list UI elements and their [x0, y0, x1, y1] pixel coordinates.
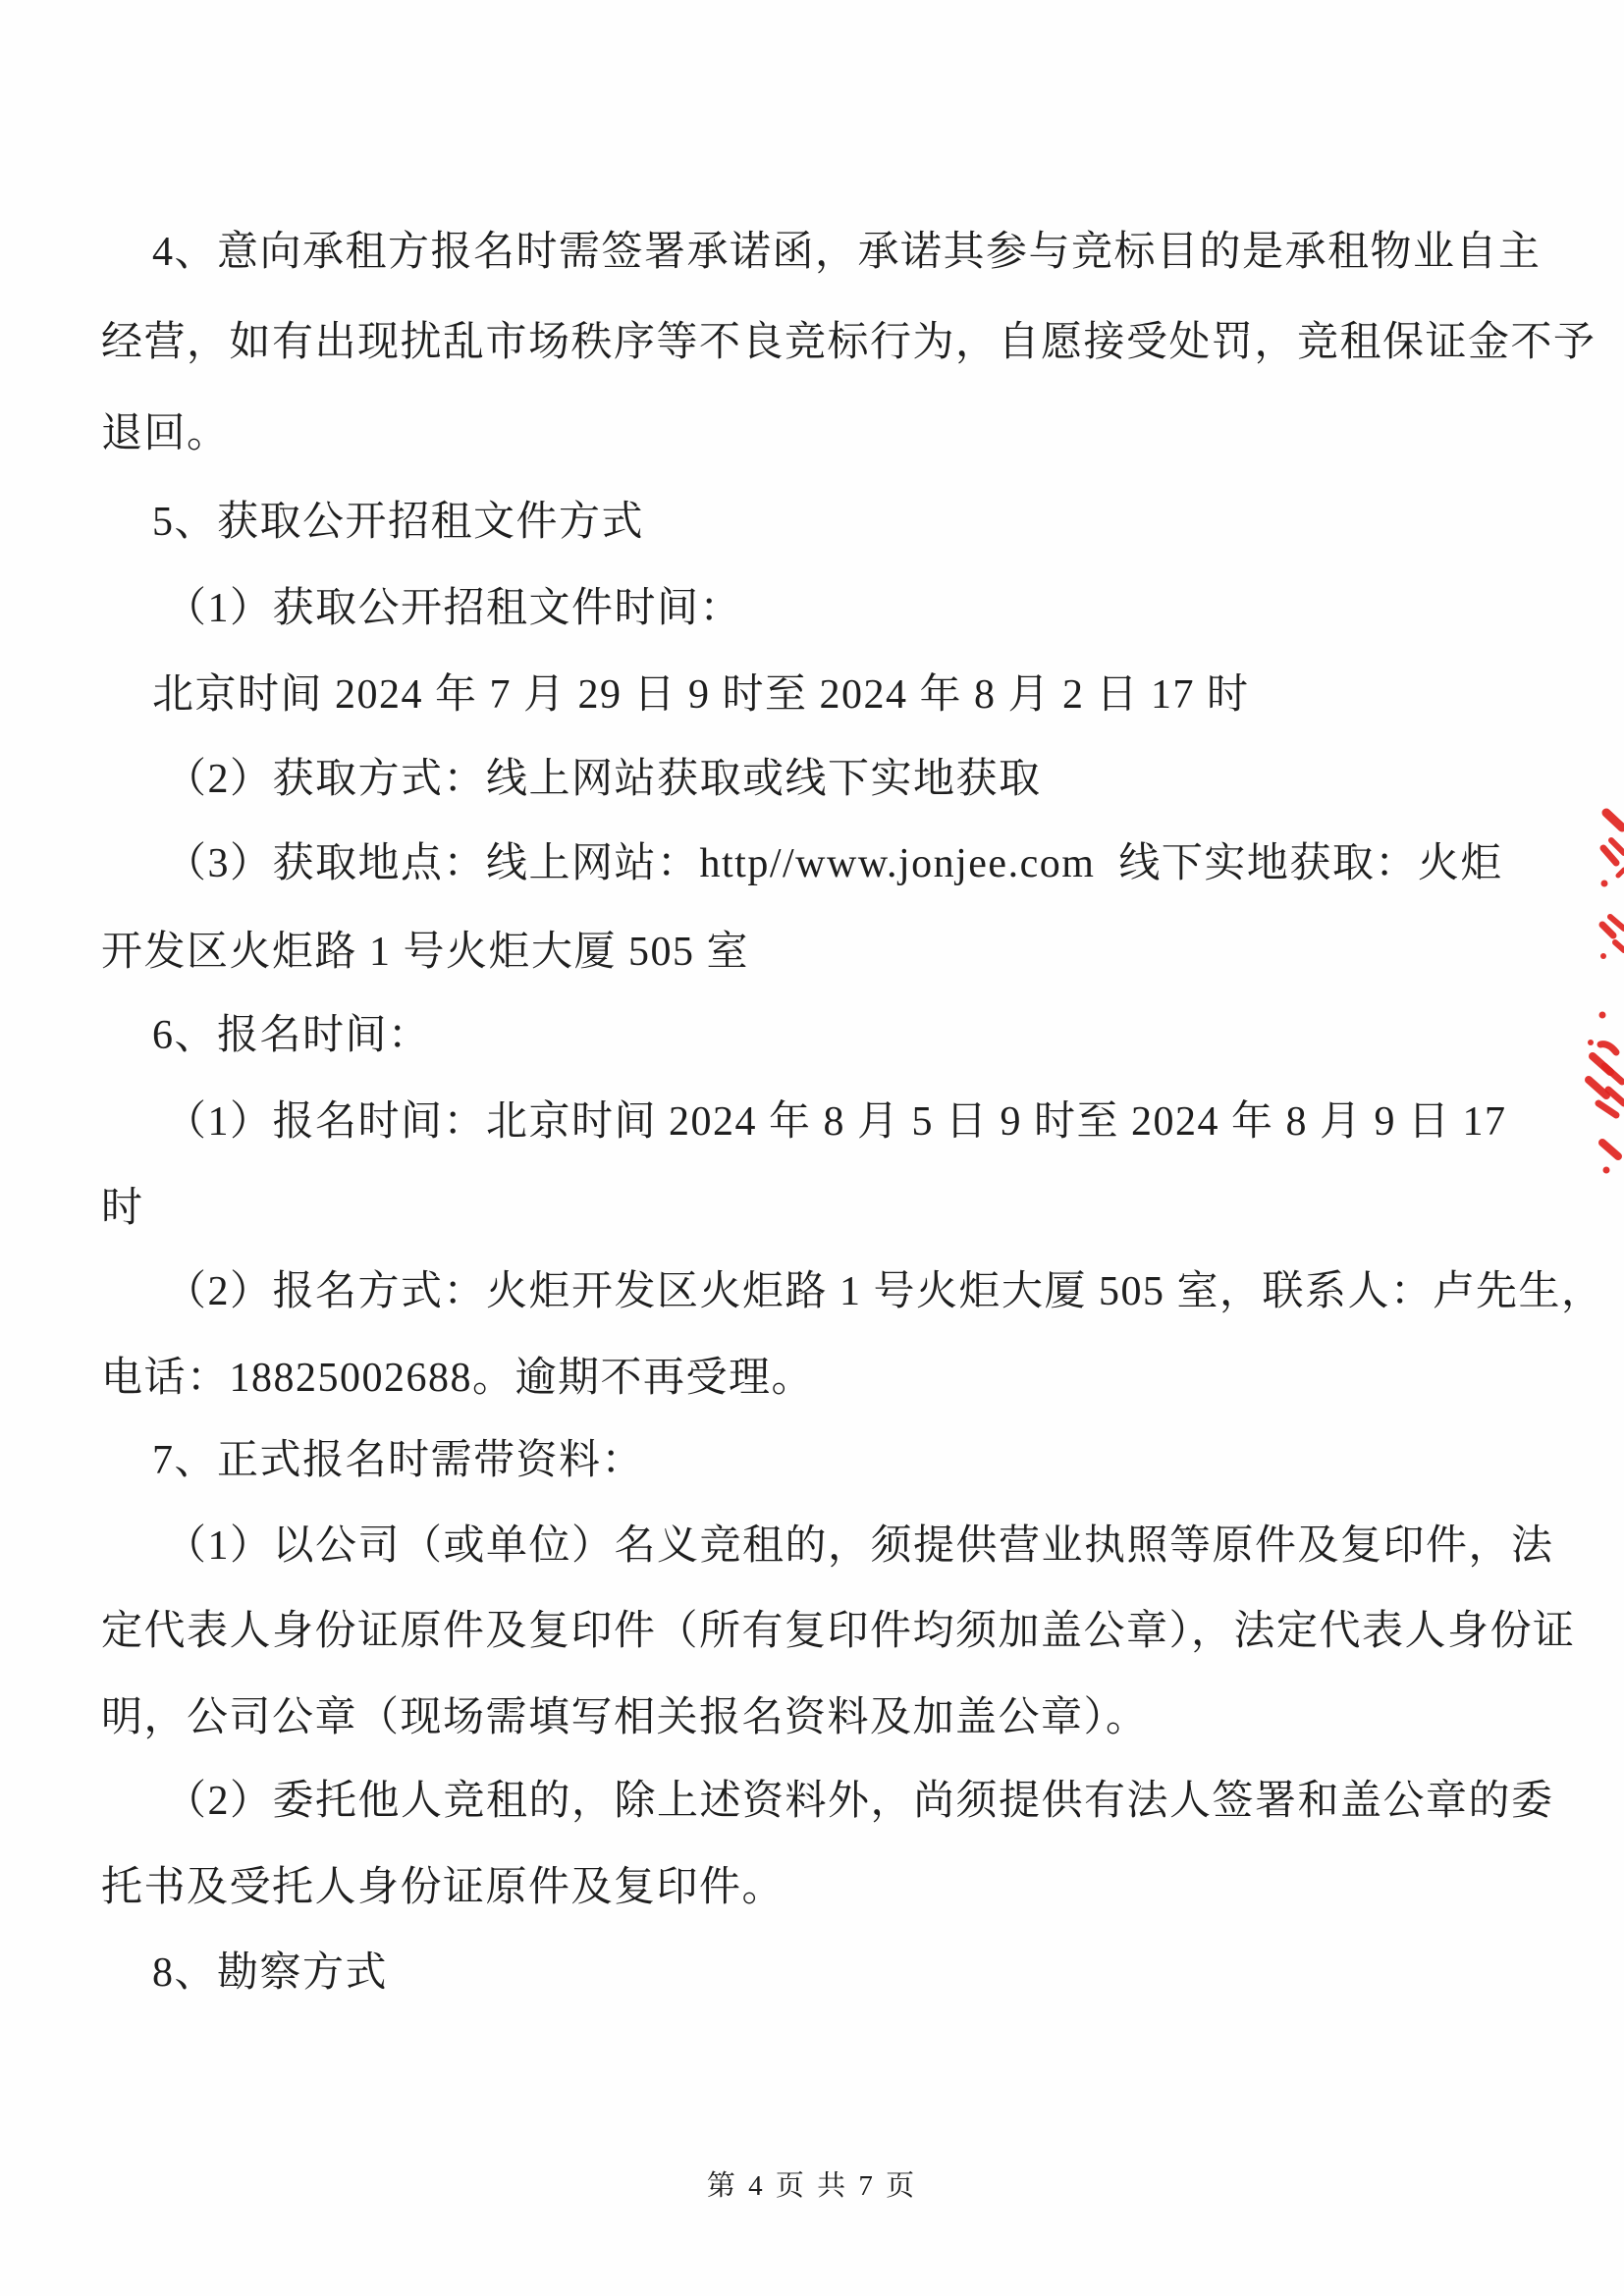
document-line: 电话：18825002688。逾期不再受理。 [101, 1355, 814, 1402]
document-line: 定代表人身份证原件及复印件（所有复印件均须加盖公章），法定代表人身份证 [101, 1608, 1576, 1655]
document-line: （2）委托他人竞租的，除上述资料外，尚须提供有法人签署和盖公章的委 [165, 1778, 1554, 1825]
document-line: （3）获取地点：线上网站：http//www.jonjee.com 线下实地获取… [165, 840, 1503, 887]
document-line: 经营，如有出现扰乱市场秩序等不良竞标行为，自愿接受处罚，竞租保证金不予 [101, 319, 1597, 366]
document-line: （2）获取方式：线上网站获取或线下实地获取 [165, 756, 1042, 803]
document-line: 8、勘察方式 [152, 1949, 388, 1997]
document-line: （1）报名时间：北京时间 2024 年 8 月 5 日 9 时至 2024 年 … [165, 1098, 1507, 1146]
document-line: （1）获取公开招租文件时间： [165, 585, 742, 632]
document-line: 7、正式报名时需带资料： [152, 1437, 644, 1484]
document-line: 北京时间 2024 年 7 月 29 日 9 时至 2024 年 8 月 2 日… [152, 671, 1250, 719]
red-ink-marks [1579, 797, 1624, 1185]
document-line: 托书及受托人身份证原件及复印件。 [101, 1864, 785, 1911]
document-line: 退回。 [101, 410, 230, 457]
page-number: 第 4 页 共 7 页 [0, 2163, 1624, 2204]
document-line: 时 [101, 1185, 144, 1232]
document-line: （2）报名方式：火炬开发区火炬路 1 号火炬大厦 505 室，联系人：卢先生， [165, 1268, 1604, 1315]
document-line: 6、报名时间： [152, 1012, 431, 1059]
document-line: 5、获取公开招租文件方式 [152, 499, 644, 546]
document-line: 4、意向承租方报名时需签署承诺函，承诺其参与竞标目的是承租物业自主 [152, 229, 1542, 276]
document-line: （1）以公司（或单位）名义竞租的，须提供营业执照等原件及复印件，法 [165, 1522, 1554, 1570]
document-line: 明，公司公章（现场需填写相关报名资料及加盖公章）。 [101, 1694, 1149, 1741]
document-line: 开发区火炬路 1 号火炬大厦 505 室 [101, 929, 749, 976]
document-page: 4、意向承租方报名时需签署承诺函，承诺其参与竞标目的是承租物业自主 经营，如有出… [0, 0, 1624, 2296]
